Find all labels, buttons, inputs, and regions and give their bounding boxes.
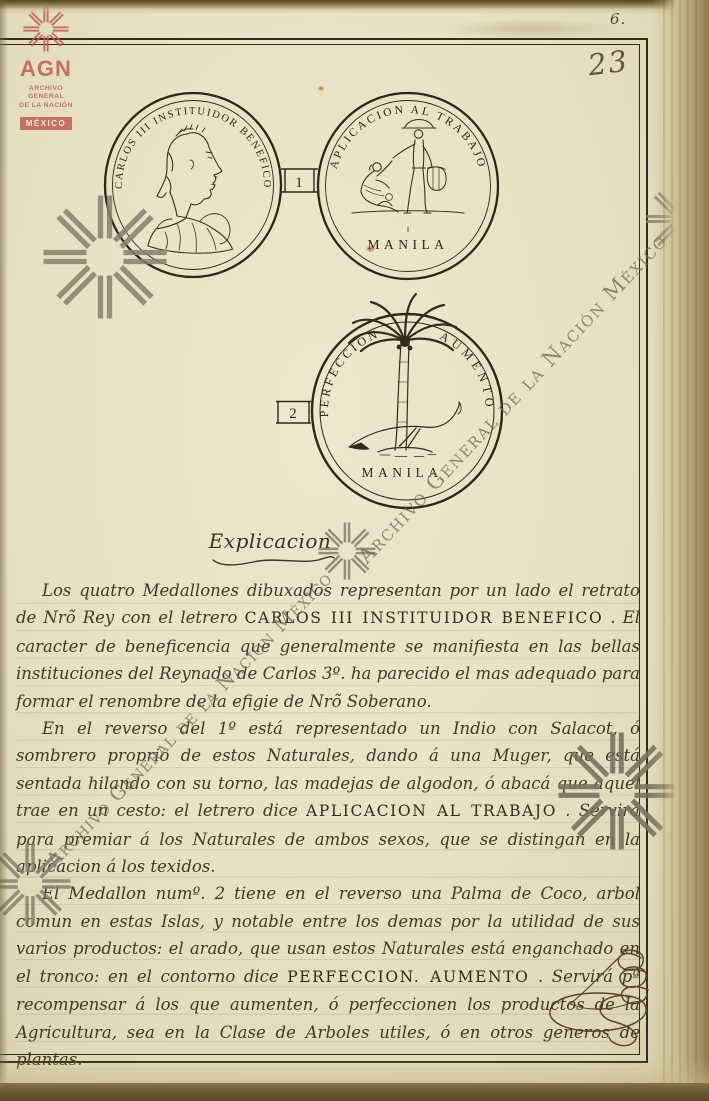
agn-org-line1: ARCHIVO GENERAL xyxy=(13,85,79,102)
agn-country-label: MÉXICO xyxy=(20,117,73,130)
paper-edge-top xyxy=(0,0,709,14)
medallion3-legend-right: AUMENTO xyxy=(438,329,498,412)
svg-text:CARLOS III INSTITUIDOR BENEFIC: CARLOS III INSTITUIDOR BENEFICO xyxy=(114,106,272,189)
diagonal-watermark-text: Archivo General de la Nación México xyxy=(353,229,672,568)
medallion1-legend: CARLOS III INSTITUIDOR BENEFICO xyxy=(114,106,272,189)
manuscript-paragraph: El Medallon numº. 2 tiene en el reverso … xyxy=(16,880,640,1073)
agn-org-line2: DE LA NACIÓN xyxy=(13,102,79,110)
medallion-3-perfeccion: PERFECCION AUMENTO MANILA xyxy=(312,294,502,508)
connector-label-2: 2 xyxy=(276,402,311,424)
figures-engraving xyxy=(352,120,464,233)
watermark-star-left xyxy=(44,196,167,319)
folio-number-top: 6. xyxy=(610,10,626,28)
carlos-iii-bust-engraving xyxy=(148,125,233,254)
connector-label-1: 1 xyxy=(281,169,318,192)
manuscript-paragraph: En el reverso del 1º está representado u… xyxy=(16,715,640,880)
medallion1-number: 1 xyxy=(295,175,303,191)
svg-text:PERFECCION: PERFECCION xyxy=(317,326,382,417)
watermark-star-right xyxy=(647,185,709,254)
agn-star-icon xyxy=(22,5,70,53)
svg-text:APLICACION AL TRABAJO: APLICACION AL TRABAJO xyxy=(328,104,488,171)
paper-blotch xyxy=(440,18,620,40)
ink-stain xyxy=(318,86,324,91)
manuscript-paragraph: Los quatro Medallones dibuxados represen… xyxy=(16,577,640,715)
manuscript-page: 6. 23 xyxy=(0,0,709,1101)
paper-edge-left xyxy=(0,0,8,1101)
paper-edge-bottom xyxy=(0,1083,709,1101)
folio-number-handwritten: 23 xyxy=(586,44,631,83)
palm-and-plow-engraving xyxy=(349,294,461,457)
book-edge-texture xyxy=(663,0,703,1101)
medallion3-exergue: MANILA xyxy=(362,465,443,480)
book-edge-right xyxy=(651,0,709,1101)
section-heading: Explicacion xyxy=(209,529,332,553)
agn-archive-stamp: AGN ARCHIVO GENERAL DE LA NACIÓN MÉXICO xyxy=(13,5,79,130)
ink-stain xyxy=(366,246,375,252)
medallion2-exergue: MANILA xyxy=(368,237,449,252)
medallion-2-aplicacion: APLICACION AL TRABAJO MANILA xyxy=(318,93,498,279)
manuscript-body: Los quatro Medallones dibuxados represen… xyxy=(16,577,640,1073)
medallion2-legend: APLICACION AL TRABAJO xyxy=(328,104,488,171)
agn-acronym: AGN xyxy=(13,58,79,80)
medallion-1-carlos-iii: CARLOS III INSTITUIDOR BENEFICO xyxy=(105,93,281,277)
medallion3-number: 2 xyxy=(289,406,297,422)
svg-text:AUMENTO: AUMENTO xyxy=(438,329,498,412)
heading-underline-flourish xyxy=(213,557,334,565)
medallion3-legend-left: PERFECCION xyxy=(317,326,382,417)
